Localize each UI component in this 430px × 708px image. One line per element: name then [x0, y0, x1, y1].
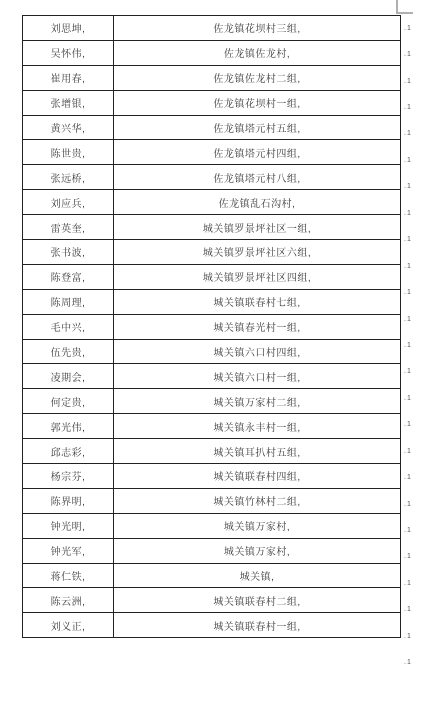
table-row: 陈世贵, 佐龙镇塔元村四组,	[23, 140, 401, 165]
name-cell: 陈世贵,	[23, 140, 114, 165]
table-row: 黄兴华, 佐龙镇塔元村五组,	[23, 115, 401, 140]
name-cell: 刘应兵,	[23, 190, 114, 215]
address-cell: 佐龙镇塔元村五组,	[114, 115, 401, 140]
table-row: 钟光军, 城关镇万家村,	[23, 538, 401, 563]
table-row: 张书波, 城关镇罗景坪社区六组,	[23, 240, 401, 265]
table-row: 张增银, 佐龙镇花坝村一组,	[23, 90, 401, 115]
name-cell: 吴怀伟,	[23, 40, 114, 65]
table-row: 张远桥, 佐龙镇塔元村八组,	[23, 165, 401, 190]
address-cell: 城关镇罗景坪社区六组,	[114, 240, 401, 265]
table-row: 陈登富, 城关镇罗景坪社区四组,	[23, 264, 401, 289]
address-cell: 城关镇联春村一组,	[114, 613, 401, 638]
paragraph-mark: .1	[404, 597, 426, 623]
paragraph-marks-column: .1 .1 .1 .1 .1 .1 .1 .1 .1 .1 .1 .1 .1 .…	[404, 15, 426, 676]
address-cell: 城关镇耳扒村五组,	[114, 439, 401, 464]
name-cell: 崔用春,	[23, 65, 114, 90]
address-cell: 城关镇联春村二组,	[114, 588, 401, 613]
table-row: 何定贵, 城关镇万家村二组,	[23, 389, 401, 414]
table-row: 陈云洲, 城关镇联春村二组,	[23, 588, 401, 613]
table-row: 邱志彩, 城关镇耳扒村五组,	[23, 439, 401, 464]
table-row: 吴怀伟, 佐龙镇佐龙村,	[23, 40, 401, 65]
table-row: 伍先贵, 城关镇六口村四组,	[23, 339, 401, 364]
address-cell: 城关镇万家村,	[114, 538, 401, 563]
paragraph-mark: .1	[404, 174, 426, 200]
address-cell: 佐龙镇佐龙村,	[114, 40, 401, 65]
table-row: 郭光伟, 城关镇永丰村一组,	[23, 414, 401, 439]
paragraph-mark: .1	[404, 623, 426, 649]
name-cell: 陈界明,	[23, 488, 114, 513]
table-row: 陈界明, 城关镇竹林村二组,	[23, 488, 401, 513]
name-cell: 刘思坤,	[23, 16, 114, 41]
name-cell: 张书波,	[23, 240, 114, 265]
paragraph-mark: .1	[404, 227, 426, 253]
address-cell: 佐龙镇花坝村三组,	[114, 16, 401, 41]
page-corner-mark-horizontal	[396, 12, 413, 14]
address-cell: 城关镇六口村四组,	[114, 339, 401, 364]
address-cell: 城关镇联春村七组,	[114, 289, 401, 314]
document-page: { "document": { "background": "#ffffff",…	[0, 0, 430, 708]
table-row: 刘义正, 城关镇联春村一组,	[23, 613, 401, 638]
name-cell: 邱志彩,	[23, 439, 114, 464]
table-body: 刘思坤, 佐龙镇花坝村三组, 吴怀伟, 佐龙镇佐龙村, 崔用春, 佐龙镇佐龙村二…	[23, 16, 401, 638]
name-cell: 蒋仁铁,	[23, 563, 114, 588]
paragraph-mark: .1	[404, 359, 426, 385]
paragraph-mark: .1	[404, 15, 426, 41]
name-cell: 何定贵,	[23, 389, 114, 414]
name-cell: 雷英奎,	[23, 215, 114, 240]
paragraph-mark: .1	[404, 121, 426, 147]
paragraph-mark: .1	[404, 464, 426, 490]
paragraph-mark: .1	[404, 517, 426, 543]
address-cell: 城关镇罗景坪社区四组,	[114, 264, 401, 289]
name-cell: 伍先贵,	[23, 339, 114, 364]
table-row: 崔用春, 佐龙镇佐龙村二组,	[23, 65, 401, 90]
address-cell: 佐龙镇塔元村八组,	[114, 165, 401, 190]
paragraph-mark: .1	[404, 306, 426, 332]
table-row: 杨宗芬, 城关镇联春村四组,	[23, 464, 401, 489]
paragraph-mark: .1	[404, 200, 426, 226]
name-cell: 毛中兴,	[23, 314, 114, 339]
address-cell: 城关镇竹林村二组,	[114, 488, 401, 513]
name-cell: 钟光明,	[23, 513, 114, 538]
name-cell: 黄兴华,	[23, 115, 114, 140]
address-cell: 城关镇万家村,	[114, 513, 401, 538]
table-row: 凌期会, 城关镇六口村一组,	[23, 364, 401, 389]
table-row: 蒋仁铁, 城关镇,	[23, 563, 401, 588]
paragraph-mark: .1	[404, 279, 426, 305]
table-row: 毛中兴, 城关镇春光村一组,	[23, 314, 401, 339]
table-row: 陈周理, 城关镇联春村七组,	[23, 289, 401, 314]
paragraph-mark: .1	[404, 41, 426, 67]
name-cell: 张增银,	[23, 90, 114, 115]
paragraph-mark: .1	[404, 650, 426, 676]
name-cell: 陈周理,	[23, 289, 114, 314]
paragraph-mark: .1	[404, 253, 426, 279]
table-row: 刘应兵, 佐龙镇乱石沟村,	[23, 190, 401, 215]
paragraph-mark: .1	[404, 332, 426, 358]
paragraph-mark: .1	[404, 68, 426, 94]
address-cell: 佐龙镇乱石沟村,	[114, 190, 401, 215]
names-addresses-table-wrap: 刘思坤, 佐龙镇花坝村三组, 吴怀伟, 佐龙镇佐龙村, 崔用春, 佐龙镇佐龙村二…	[22, 15, 401, 638]
name-cell: 陈云洲,	[23, 588, 114, 613]
paragraph-mark: .1	[404, 491, 426, 517]
address-cell: 佐龙镇佐龙村二组,	[114, 65, 401, 90]
address-cell: 城关镇六口村一组,	[114, 364, 401, 389]
paragraph-mark: .1	[404, 94, 426, 120]
address-cell: 城关镇罗景坪社区一组,	[114, 215, 401, 240]
address-cell: 城关镇,	[114, 563, 401, 588]
address-cell: 城关镇联春村四组,	[114, 464, 401, 489]
table-row: 钟光明, 城关镇万家村,	[23, 513, 401, 538]
paragraph-mark: .1	[404, 385, 426, 411]
name-cell: 张远桥,	[23, 165, 114, 190]
table-row: 雷英奎, 城关镇罗景坪社区一组,	[23, 215, 401, 240]
address-cell: 佐龙镇塔元村四组,	[114, 140, 401, 165]
name-cell: 刘义正,	[23, 613, 114, 638]
table-row: 刘思坤, 佐龙镇花坝村三组,	[23, 16, 401, 41]
names-addresses-table: 刘思坤, 佐龙镇花坝村三组, 吴怀伟, 佐龙镇佐龙村, 崔用春, 佐龙镇佐龙村二…	[22, 15, 401, 638]
name-cell: 钟光军,	[23, 538, 114, 563]
paragraph-mark: .1	[404, 438, 426, 464]
name-cell: 郭光伟,	[23, 414, 114, 439]
name-cell: 杨宗芬,	[23, 464, 114, 489]
paragraph-mark: .1	[404, 147, 426, 173]
address-cell: 城关镇春光村一组,	[114, 314, 401, 339]
name-cell: 凌期会,	[23, 364, 114, 389]
paragraph-mark: .1	[404, 570, 426, 596]
name-cell: 陈登富,	[23, 264, 114, 289]
paragraph-mark: .1	[404, 544, 426, 570]
address-cell: 佐龙镇花坝村一组,	[114, 90, 401, 115]
paragraph-mark: .1	[404, 412, 426, 438]
address-cell: 城关镇永丰村一组,	[114, 414, 401, 439]
address-cell: 城关镇万家村二组,	[114, 389, 401, 414]
